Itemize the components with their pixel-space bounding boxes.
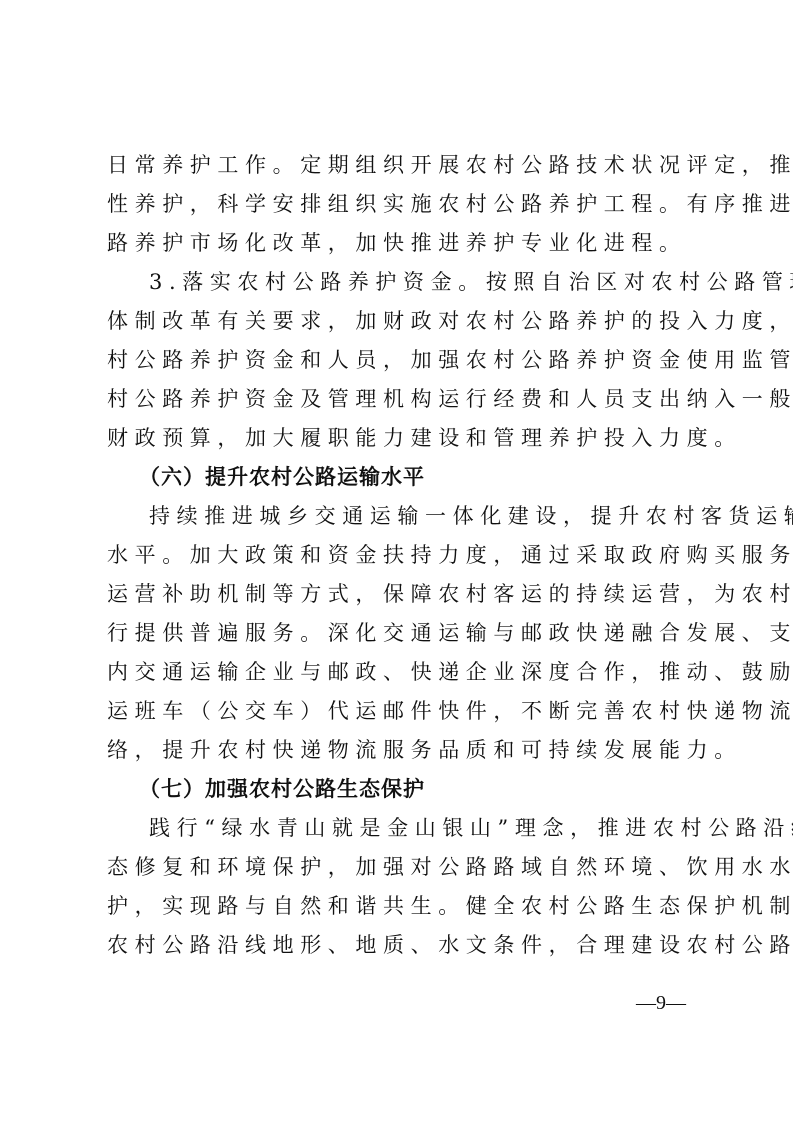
text-line: 内交通运输企业与邮政、快递企业深度合作，推动、鼓励农村客 xyxy=(107,653,697,692)
text-line: 络，提升农村快递物流服务品质和可持续发展能力。 xyxy=(107,731,697,770)
text-line: 路养护市场化改革，加快推进养护专业化进程。 xyxy=(107,224,697,263)
text-line: 持续推进城乡交通运输一体化建设，提升农村客货运输服务 xyxy=(107,497,697,536)
text-line: 护，实现路与自然和谐共生。健全农村公路生态保护机制，结合 xyxy=(107,887,697,926)
text-line: 性养护，科学安排组织实施农村公路养护工程。有序推进农村公 xyxy=(107,185,697,224)
paragraph-maintenance-work: 日常养护工作。定期组织开展农村公路技术状况评定，推进预防 性养护，科学安排组织实… xyxy=(107,146,697,263)
text-line: 水平。加大政策和资金扶持力度，通过采取政府购买服务、建立 xyxy=(107,536,697,575)
text-line: 运班车（公交车）代运邮件快件，不断完善农村快递物流服务网 xyxy=(107,692,697,731)
page-body: 日常养护工作。定期组织开展农村公路技术状况评定，推进预防 性养护，科学安排组织实… xyxy=(107,146,697,965)
text-line: 村公路养护资金及管理机构运行经费和人员支出纳入一般公共 xyxy=(107,380,697,419)
text-line: 践行“绿水青山就是金山银山”理念，推进农村公路沿线生 xyxy=(107,809,697,848)
text-line: 行提供普遍服务。深化交通运输与邮政快递融合发展、支持市域 xyxy=(107,614,697,653)
text-line: 日常养护工作。定期组织开展农村公路技术状况评定，推进预防 xyxy=(107,146,697,185)
page-number: —9— xyxy=(636,992,686,1015)
text-line: 村公路养护资金和人员，加强农村公路养护资金使用监管。将农 xyxy=(107,341,697,380)
text-line: 体制改革有关要求，加财政对农村公路养护的投入力度，落实农 xyxy=(107,302,697,341)
paragraph-maintenance-funds: 3.落实农村公路养护资金。按照自治区对农村公路管理养护 体制改革有关要求，加财政… xyxy=(107,263,697,458)
text-line: 3.落实农村公路养护资金。按照自治区对农村公路管理养护 xyxy=(107,263,697,302)
text-line: 财政预算，加大履职能力建设和管理养护投入力度。 xyxy=(107,419,697,458)
paragraph-ecology: 践行“绿水青山就是金山银山”理念，推进农村公路沿线生 态修复和环境保护，加强对公… xyxy=(107,809,697,965)
text-line: 农村公路沿线地形、地质、水文条件，合理建设农村公路，避免 xyxy=(107,926,697,965)
text-line: 运营补助机制等方式，保障农村客运的持续运营，为农村居民出 xyxy=(107,575,697,614)
section-heading-transport: （六）提升农村公路运输水平 xyxy=(107,458,697,497)
paragraph-transport: 持续推进城乡交通运输一体化建设，提升农村客货运输服务 水平。加大政策和资金扶持力… xyxy=(107,497,697,770)
text-line: 态修复和环境保护，加强对公路路域自然环境、饮用水水源的保 xyxy=(107,848,697,887)
section-heading-ecology: （七）加强农村公路生态保护 xyxy=(107,770,697,809)
